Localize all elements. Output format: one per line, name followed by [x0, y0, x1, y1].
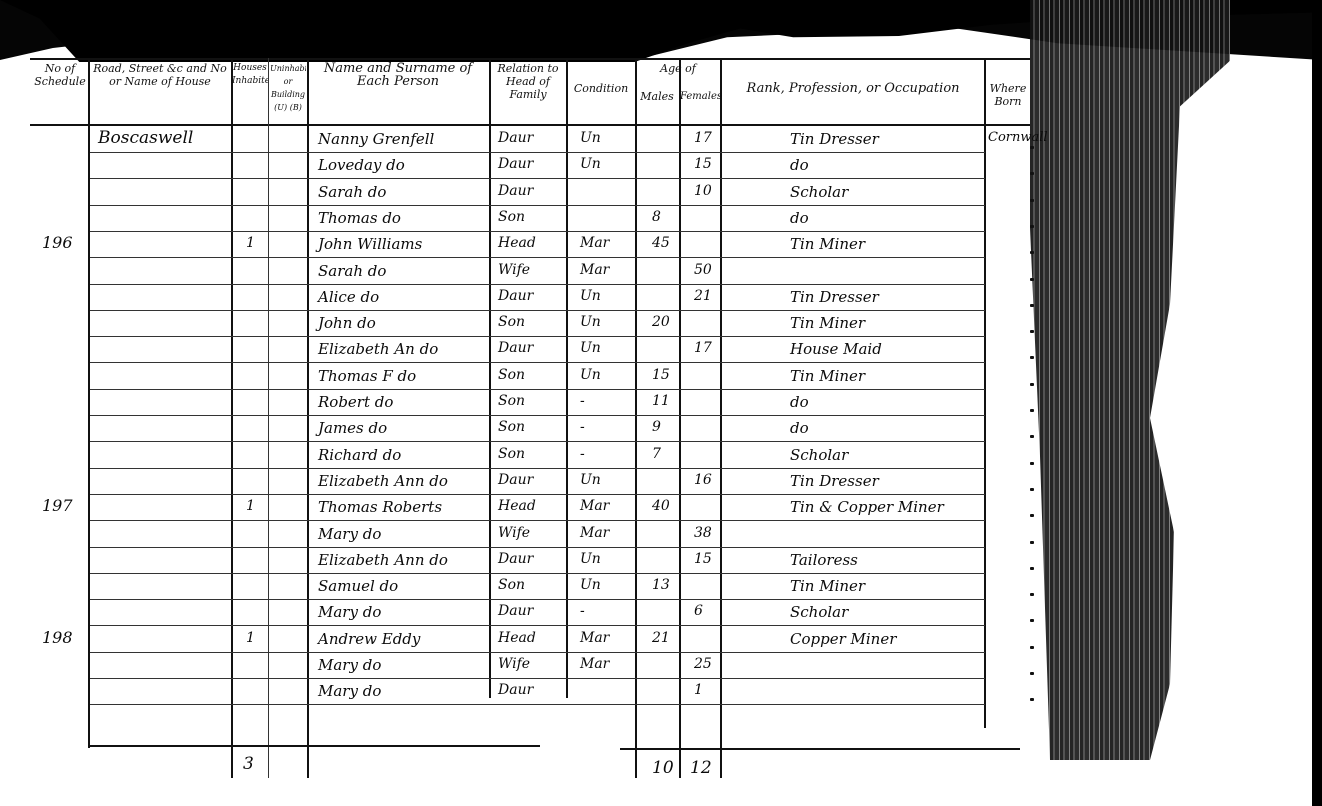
occupation: Tin Dresser [790, 130, 879, 148]
marital-condition: Mar [580, 262, 609, 278]
marital-condition: Un [580, 577, 601, 593]
female-age: 50 [694, 262, 712, 278]
marital-condition: - [580, 603, 585, 619]
row-rule [90, 704, 985, 705]
relation-to-head: Head [498, 630, 536, 646]
marital-condition: Mar [580, 498, 609, 514]
occupation: Copper Miner [790, 630, 896, 648]
relation-to-head: Son [498, 577, 525, 593]
relation-to-head: Son [498, 446, 525, 462]
relation-to-head: Head [498, 498, 536, 514]
occupation: do [790, 419, 809, 437]
person-name: Mary do [318, 656, 381, 674]
row-rule [90, 625, 985, 626]
schedule-number: 198 [42, 628, 73, 647]
occupation: Tin Miner [790, 367, 865, 385]
header-age-females: Females [680, 60, 722, 124]
table-row: Richard doSon-7Scholar [0, 444, 1322, 470]
row-rule [90, 284, 985, 285]
occupation: Scholar [790, 183, 848, 201]
person-name: Loveday do [318, 156, 405, 174]
row-rule [90, 520, 985, 521]
marital-condition: Un [580, 156, 601, 172]
table-row: Samuel doSonUn13Tin Miner [0, 575, 1322, 601]
ditto-mark [1030, 672, 1034, 675]
row-rule [90, 257, 985, 258]
ditto-mark [1030, 462, 1034, 465]
houses-inhabited-count: 1 [246, 630, 255, 646]
relation-to-head: Daur [498, 130, 533, 146]
table-row: 1961John WilliamsHeadMar45Tin Miner [0, 233, 1322, 259]
ditto-mark [1030, 619, 1034, 622]
person-name: Mary do [318, 682, 381, 700]
person-name: James do [318, 419, 387, 437]
person-name: Nanny Grenfell [318, 130, 434, 148]
relation-to-head: Son [498, 314, 525, 330]
occupation: Tailoress [790, 551, 858, 569]
header-road-street: Road, Street &c and No or Name of House [90, 60, 230, 124]
table-row: Elizabeth An doDaurUn17House Maid [0, 338, 1322, 364]
header-top-rule [30, 58, 1030, 60]
ditto-mark [1030, 304, 1034, 307]
person-name: John do [318, 314, 376, 332]
header-condition: Condition [568, 60, 634, 124]
house-name: Boscaswell [98, 128, 193, 148]
marital-condition: - [580, 419, 585, 435]
person-name: Sarah do [318, 262, 386, 280]
marital-condition: - [580, 393, 585, 409]
ditto-mark [1030, 514, 1034, 517]
row-rule [90, 678, 985, 679]
male-age: 13 [652, 577, 670, 593]
relation-to-head: Daur [498, 288, 533, 304]
row-rule [90, 441, 985, 442]
totals-rule [90, 745, 540, 747]
relation-to-head: Wife [498, 262, 530, 278]
ditto-mark [1030, 593, 1034, 596]
person-name: Elizabeth Ann do [318, 551, 448, 569]
occupation: do [790, 209, 809, 227]
marital-condition: Mar [580, 525, 609, 541]
male-age: 20 [652, 314, 670, 330]
row-rule [90, 178, 985, 179]
occupation: House Maid [790, 340, 882, 358]
table-row: John doSonUn20Tin Miner [0, 312, 1322, 338]
header-age-males: Males [636, 60, 678, 124]
person-name: Robert do [318, 393, 393, 411]
person-name: Mary do [318, 525, 381, 543]
header-houses-uninhabited: Uninhabited or Building (U) (B) [270, 60, 306, 124]
person-name: Thomas Roberts [318, 498, 442, 516]
occupation: Tin Miner [790, 314, 865, 332]
row-rule [90, 415, 985, 416]
where-born: Cornwall [988, 130, 1048, 145]
ditto-mark [1030, 541, 1034, 544]
person-name: Elizabeth Ann do [318, 472, 448, 490]
table-row: Mary doWifeMar25 [0, 654, 1322, 680]
male-age: 45 [652, 235, 670, 251]
schedule-number: 196 [42, 233, 73, 252]
table-row: Sarah doDaur10Scholar [0, 181, 1322, 207]
female-age: 1 [694, 682, 703, 698]
person-name: Andrew Eddy [318, 630, 420, 648]
total-males: 10 [652, 758, 674, 778]
marital-condition: - [580, 446, 585, 462]
male-age: 21 [652, 630, 670, 646]
relation-to-head: Daur [498, 156, 533, 172]
male-age: 15 [652, 367, 670, 383]
female-age: 17 [694, 130, 712, 146]
table-row: Mary doDaur-6Scholar [0, 601, 1322, 627]
ditto-mark [1030, 199, 1034, 202]
ditto-mark [1030, 225, 1034, 228]
header-where-born: Where Born [986, 60, 1030, 124]
row-rule [90, 573, 985, 574]
relation-to-head: Daur [498, 682, 533, 698]
houses-inhabited-count: 1 [246, 235, 255, 251]
relation-to-head: Son [498, 419, 525, 435]
table-row: Mary doDaur1 [0, 680, 1322, 706]
ditto-mark [1030, 435, 1034, 438]
marital-condition: Mar [580, 630, 609, 646]
relation-to-head: Son [498, 209, 525, 225]
marital-condition: Un [580, 340, 601, 356]
female-age: 16 [694, 472, 712, 488]
ditto-mark [1030, 172, 1034, 175]
table-row: Alice doDaurUn21Tin Dresser [0, 286, 1322, 312]
header-name: Name and Surname of Each Person [308, 60, 488, 124]
table-row: Mary doWifeMar38 [0, 523, 1322, 549]
occupation: do [790, 156, 809, 174]
marital-condition: Un [580, 130, 601, 146]
table-row: James doSon-9do [0, 417, 1322, 443]
schedule-number: 197 [42, 496, 73, 515]
table-row: BoscaswellNanny GrenfellDaurUn17Tin Dres… [0, 128, 1322, 154]
occupation: Tin & Copper Miner [790, 498, 944, 516]
ditto-mark [1030, 278, 1034, 281]
row-rule [90, 362, 985, 363]
relation-to-head: Daur [498, 340, 533, 356]
female-age: 15 [694, 551, 712, 567]
occupation: Scholar [790, 603, 848, 621]
person-name: Alice do [318, 288, 379, 306]
ditto-mark [1030, 383, 1034, 386]
relation-to-head: Son [498, 393, 525, 409]
row-rule [90, 152, 985, 153]
table-row: Elizabeth Ann doDaurUn15Tailoress [0, 549, 1322, 575]
female-age: 25 [694, 656, 712, 672]
occupation: Tin Dresser [790, 288, 879, 306]
occupation: Scholar [790, 446, 848, 464]
marital-condition: Un [580, 314, 601, 330]
ditto-mark [1030, 488, 1034, 491]
header-relation: Relation to Head of Family [490, 60, 566, 124]
total-houses-inhabited: 3 [243, 754, 254, 774]
ditto-mark [1030, 251, 1034, 254]
row-rule [90, 468, 985, 469]
occupation: Tin Dresser [790, 472, 879, 490]
female-age: 15 [694, 156, 712, 172]
person-name: Thomas do [318, 209, 401, 227]
relation-to-head: Wife [498, 656, 530, 672]
relation-to-head: Wife [498, 525, 530, 541]
female-age: 38 [694, 525, 712, 541]
total-females: 12 [690, 758, 712, 778]
relation-to-head: Daur [498, 603, 533, 619]
marital-condition: Mar [580, 656, 609, 672]
row-rule [90, 547, 985, 548]
male-age: 11 [652, 393, 670, 409]
row-rule [90, 205, 985, 206]
person-name: Samuel do [318, 577, 398, 595]
person-name: Mary do [318, 603, 381, 621]
table-row: 1971Thomas RobertsHeadMar40Tin & Copper … [0, 496, 1322, 522]
person-name: Sarah do [318, 183, 386, 201]
person-name: Richard do [318, 446, 401, 464]
marital-condition: Un [580, 472, 601, 488]
ditto-mark [1030, 330, 1034, 333]
marital-condition: Mar [580, 235, 609, 251]
table-row: Thomas F doSonUn15Tin Miner [0, 365, 1322, 391]
header-bottom-rule [30, 124, 1030, 126]
ditto-mark [1030, 356, 1034, 359]
row-rule [90, 494, 985, 495]
table-row: Elizabeth Ann doDaurUn16Tin Dresser [0, 470, 1322, 496]
male-age: 40 [652, 498, 670, 514]
female-age: 17 [694, 340, 712, 356]
female-age: 6 [694, 603, 703, 619]
row-rule [90, 231, 985, 232]
ditto-mark [1030, 698, 1034, 701]
occupation: Tin Miner [790, 235, 865, 253]
table-row: Loveday doDaurUn15do [0, 154, 1322, 180]
row-rule [90, 652, 985, 653]
male-age: 7 [652, 446, 661, 462]
relation-to-head: Daur [498, 551, 533, 567]
houses-inhabited-count: 1 [246, 498, 255, 514]
marital-condition: Un [580, 367, 601, 383]
person-name: Thomas F do [318, 367, 416, 385]
row-rule [90, 310, 985, 311]
person-name: John Williams [318, 235, 422, 253]
header-houses-inhabited: Houses Inhabited [232, 60, 268, 124]
ditto-mark [1030, 409, 1034, 412]
ditto-mark [1030, 646, 1034, 649]
table-row: Thomas doSon8do [0, 207, 1322, 233]
male-age: 9 [652, 419, 661, 435]
header-occupation: Rank, Profession, or Occupation [722, 60, 984, 124]
occupation: do [790, 393, 809, 411]
marital-condition: Un [580, 288, 601, 304]
female-age: 10 [694, 183, 712, 199]
relation-to-head: Daur [498, 183, 533, 199]
marital-condition: Un [580, 551, 601, 567]
row-rule [90, 336, 985, 337]
male-age: 8 [652, 209, 661, 225]
occupation: Tin Miner [790, 577, 865, 595]
relation-to-head: Head [498, 235, 536, 251]
table-row: Sarah doWifeMar50 [0, 260, 1322, 286]
relation-to-head: Daur [498, 472, 533, 488]
ditto-mark [1030, 146, 1034, 149]
ditto-mark [1030, 567, 1034, 570]
relation-to-head: Son [498, 367, 525, 383]
female-age: 21 [694, 288, 712, 304]
person-name: Elizabeth An do [318, 340, 438, 358]
totals-rule [620, 748, 1020, 750]
header-schedule-no: No of Schedule [30, 60, 90, 124]
table-row: Robert doSon-11do [0, 391, 1322, 417]
row-rule [90, 389, 985, 390]
row-rule [90, 599, 985, 600]
table-row: 1981Andrew EddyHeadMar21Copper Miner [0, 628, 1322, 654]
